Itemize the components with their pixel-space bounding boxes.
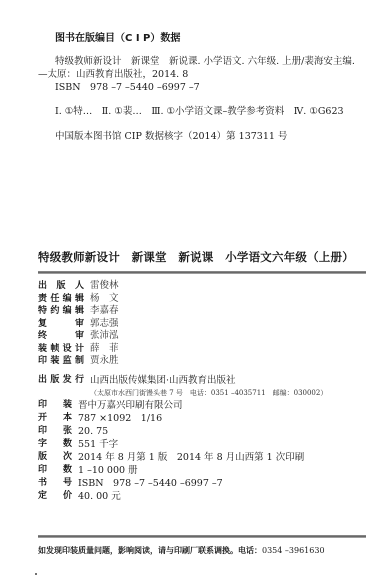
credit-value: 张沛泓 [90, 330, 119, 343]
publisher-value: 山西出版传媒集团·山西教育出版社 [90, 374, 236, 387]
pub-value: 40. 00 元 [78, 490, 121, 503]
pub-value: 2014 年 8 月第 1 版 2014 年 8 月山西第 1 次印刷 [78, 451, 304, 464]
stray-dot [35, 573, 37, 575]
book-title: 特级教师新设计 新课堂 新说课 小学语文六年级（上册） [38, 249, 354, 265]
pub-label: 字数 [38, 438, 72, 451]
credit-label: 出版人 [38, 280, 84, 293]
credit-row: 印装监制贾永胜 [38, 355, 119, 368]
notice-phone: 0354 –3961630 [262, 546, 325, 555]
credit-label: 装帧设计 [38, 343, 84, 356]
pub-label: 印张 [38, 425, 72, 438]
pub-row: 印张20. 75 [38, 425, 327, 438]
credit-value: 雷俊林 [90, 280, 119, 293]
credit-label: 责任编辑 [38, 293, 84, 306]
pub-value: 551 千字 [78, 438, 118, 451]
credit-label: 复审 [38, 318, 84, 331]
cip-title: 图书在版编目（C I P）数据 [55, 29, 180, 44]
cip-isbn: ISBN 978 –7 –5440 –6997 –7 [55, 79, 200, 93]
cip-verification: 中国版本图书馆 CIP 数据核字（2014）第 137311 号 [55, 128, 287, 142]
pub-value: 1 –10 000 册 [78, 464, 138, 477]
credit-row: 复审郭志强 [38, 318, 119, 331]
pub-label: 开本 [38, 412, 72, 425]
divider-bottom [38, 535, 366, 538]
pub-label: 版次 [38, 451, 72, 464]
pub-row: 定价40. 00 元 [38, 490, 327, 503]
cip-description-line2: —太原：山西教育出版社，2014. 8 [38, 66, 188, 80]
pub-label: 定价 [38, 490, 72, 503]
credit-value: 郭志强 [90, 318, 119, 331]
pub-value: 787 ×1092 1/16 [78, 412, 162, 425]
cip-classification: Ⅰ. ①特… Ⅱ. ①裴… Ⅲ. ①小学语文课–教学参考资料 Ⅳ. ①G623 [55, 103, 344, 117]
credit-label: 印装监制 [38, 355, 84, 368]
pub-value: 20. 75 [78, 425, 108, 438]
pub-row: 印数1 –10 000 册 [38, 464, 327, 477]
publisher-label: 出版发行 [38, 374, 84, 387]
pub-label: 印数 [38, 464, 72, 477]
credit-value: 贾永胜 [90, 355, 119, 368]
credit-value: 薛 菲 [90, 343, 119, 356]
credit-value: 李嘉春 [90, 305, 119, 318]
pub-label: 印装 [38, 399, 72, 412]
pub-row: 开本787 ×1092 1/16 [38, 412, 327, 425]
credit-row: 出版人雷俊林 [38, 280, 119, 293]
pub-value: ISBN 978 –7 –5440 –6997 –7 [78, 477, 223, 490]
credit-row: 终审张沛泓 [38, 330, 119, 343]
pub-row: 印装晋中万嘉兴印刷有限公司 [38, 399, 327, 412]
cip-description-line1: 特级教师新设计 新课堂 新说课. 小学语文. 六年级. 上册/裴海安主编. [55, 53, 355, 67]
quality-notice: 如发现印装质量问题，影响阅读，请与印刷厂联系调换。电话：0354 –396163… [38, 545, 325, 556]
publishing-info: 出版发行 山西出版传媒集团·山西教育出版社 （太原市水西门街馒头巷 7 号 电话… [38, 374, 327, 503]
credit-label: 终审 [38, 330, 84, 343]
pub-row: 版次2014 年 8 月第 1 版 2014 年 8 月山西第 1 次印刷 [38, 451, 327, 464]
notice-text: 如发现印装质量问题，影响阅读，请与印刷厂联系调换。电话： [38, 546, 262, 555]
publisher-row: 出版发行 山西出版传媒集团·山西教育出版社 [38, 374, 327, 387]
pub-row: 字数551 千字 [38, 438, 327, 451]
credit-row: 责任编辑杨 文 [38, 293, 119, 306]
credit-label: 特约编辑 [38, 305, 84, 318]
credit-value: 杨 文 [90, 293, 119, 306]
credit-row: 装帧设计薛 菲 [38, 343, 119, 356]
pub-label: 书号 [38, 477, 72, 490]
publisher-address: （太原市水西门街馒头巷 7 号 电话：0351 –4035711 邮编：0300… [38, 387, 327, 399]
divider-top [38, 271, 366, 274]
pub-row: 书号ISBN 978 –7 –5440 –6997 –7 [38, 477, 327, 490]
credits-list: 出版人雷俊林 责任编辑杨 文 特约编辑李嘉春 复审郭志强 终审张沛泓 装帧设计薛… [38, 280, 119, 368]
pub-value: 晋中万嘉兴印刷有限公司 [78, 399, 183, 412]
credit-row: 特约编辑李嘉春 [38, 305, 119, 318]
